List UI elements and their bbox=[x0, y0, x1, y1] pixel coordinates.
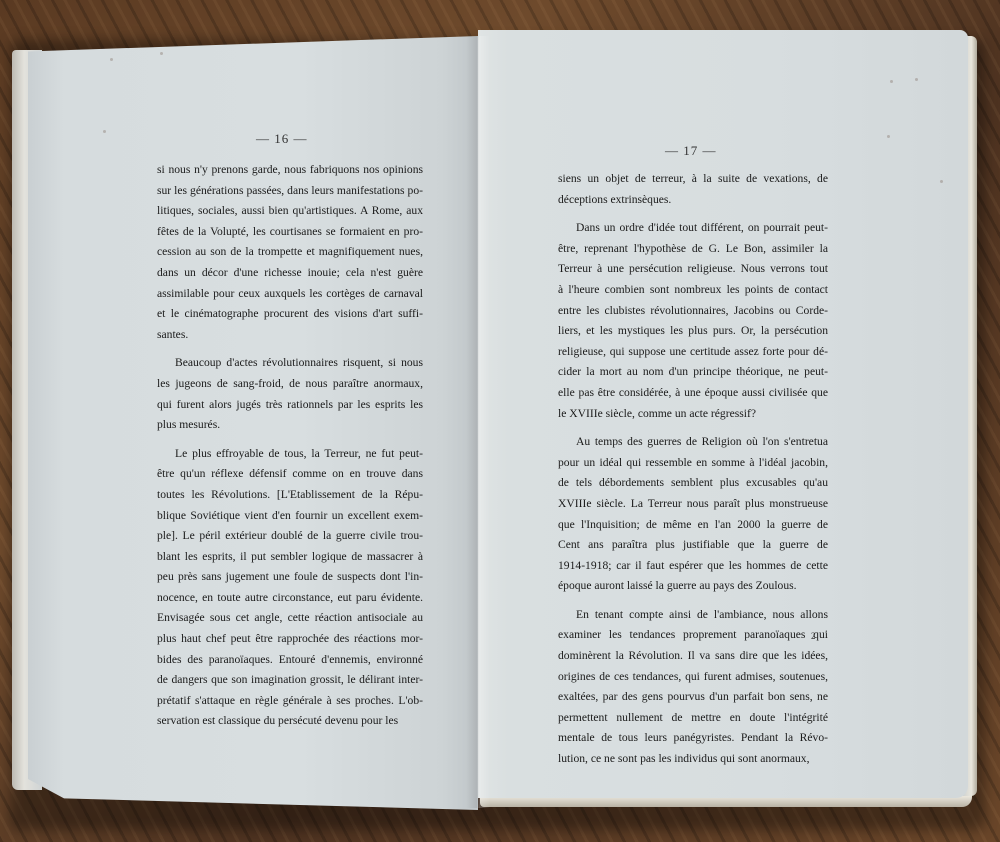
text-line: dominèrent la Révolution. Il va sans dir… bbox=[558, 646, 828, 667]
text-line: pour un idéal qui ressemble en somme à l… bbox=[558, 453, 828, 474]
paper-speck bbox=[110, 58, 113, 61]
text-line: permettent nullement de mettre en doute … bbox=[558, 708, 828, 729]
text-line: plus mesurés. bbox=[157, 415, 423, 436]
paragraph-gap bbox=[157, 436, 423, 444]
right-page-body-text: siens un objet de terreur, à la suite de… bbox=[558, 169, 828, 770]
text-line: le XVIIIe siècle, comme un acte régressi… bbox=[558, 404, 828, 425]
text-line: Envisagée sous cet angle, cette réaction… bbox=[157, 608, 423, 629]
text-line: de dangers que son imagination grossit, … bbox=[157, 670, 423, 691]
text-line: ple]. Le péril extérieur doublé de la gu… bbox=[157, 526, 423, 547]
text-line: à l'heure combien sont nombreux les poin… bbox=[558, 280, 828, 301]
text-line: et le cinématographe procurent des visio… bbox=[157, 304, 423, 325]
text-line: Au temps des guerres de Religion où l'on… bbox=[558, 432, 828, 453]
paragraph-gap bbox=[558, 597, 828, 605]
text-line: Terreur à une persécution religieuse. No… bbox=[558, 259, 828, 280]
book-gutter bbox=[466, 36, 490, 808]
text-line: plus haut chef peut être rapprochée des … bbox=[157, 629, 423, 650]
text-line: Cent ans paraîtra plus justifiable que l… bbox=[558, 535, 828, 556]
text-line: époque auront laissé la guerre au pays d… bbox=[558, 576, 828, 597]
paragraph: Le plus effroyable de tous, la Terreur, … bbox=[157, 444, 423, 732]
text-line: bides des paranoïaques. Entouré d'ennemi… bbox=[157, 650, 423, 671]
text-line: cession au son de la trompette et magnif… bbox=[157, 242, 423, 263]
text-line: liers, et les mystiques les plus purs. O… bbox=[558, 321, 828, 342]
text-line: En tenant compte ainsi de l'ambiance, no… bbox=[558, 605, 828, 626]
text-line: déceptions extrinsèques. bbox=[558, 190, 828, 211]
text-line: qui furent alors jugés très rationnels p… bbox=[157, 395, 423, 416]
text-line: exaltées, par des gens pourvus d'un parf… bbox=[558, 687, 828, 708]
paragraph: si nous n'y prenons garde, nous fabriquo… bbox=[157, 160, 423, 345]
text-line: Le plus effroyable de tous, la Terreur, … bbox=[157, 444, 423, 465]
paper-speck bbox=[887, 135, 890, 138]
text-line: lution, ce ne sont pas les individus qui… bbox=[558, 749, 828, 770]
text-line: les jugeons de sang-froid, de nous paraî… bbox=[157, 374, 423, 395]
text-line: litiques, sociales, aussi bien qu'artist… bbox=[157, 201, 423, 222]
paragraph-gap bbox=[558, 424, 828, 432]
paper-speck bbox=[160, 52, 163, 55]
text-line: que l'Inquisition; de même en l'an 2000 … bbox=[558, 515, 828, 536]
paper-speck bbox=[890, 80, 893, 83]
text-line: être qu'un réflexe défensif comme on en … bbox=[157, 464, 423, 485]
text-line: siens un objet de terreur, à la suite de… bbox=[558, 169, 828, 190]
paragraph: Beaucoup d'actes révolutionnaires risque… bbox=[157, 353, 423, 435]
text-line: toutes les Révolutions. [L'Etablissement… bbox=[157, 485, 423, 506]
page-number-left: — 16 — bbox=[256, 131, 308, 147]
printer-signature-mark: 2 bbox=[811, 631, 816, 641]
text-line: blique Soviétique vient d'en fournir un … bbox=[157, 506, 423, 527]
text-line: dans un décor d'une richesse inouie; cel… bbox=[157, 263, 423, 284]
page-number-right: — 17 — bbox=[665, 143, 717, 159]
paragraph-gap bbox=[157, 345, 423, 353]
text-line: assimilable pour ceux auxquels les cortè… bbox=[157, 284, 423, 305]
text-line: santes. bbox=[157, 325, 423, 346]
paragraph: En tenant compte ainsi de l'ambiance, no… bbox=[558, 605, 828, 770]
paragraph: Au temps des guerres de Religion où l'on… bbox=[558, 432, 828, 597]
text-line: entre les clubistes révolutionnaires, Ja… bbox=[558, 301, 828, 322]
text-line: de tels débordements semblent plus excus… bbox=[558, 473, 828, 494]
text-line: religieuse, qui suppose une certitude as… bbox=[558, 342, 828, 363]
paper-speck bbox=[940, 180, 943, 183]
text-line: nocence, en toute autre circonstance, eu… bbox=[157, 588, 423, 609]
paper-speck bbox=[915, 78, 918, 81]
paragraph: Dans un ordre d'idée tout différent, on … bbox=[558, 218, 828, 424]
text-line: sur les générations passées, dans leurs … bbox=[157, 181, 423, 202]
text-line: origines de ces tendances, qui furent ad… bbox=[558, 667, 828, 688]
text-line: examiner les tendances proprement parano… bbox=[558, 625, 828, 646]
text-line: 1914-1918; car il faut espérer que les h… bbox=[558, 556, 828, 577]
text-line: Beaucoup d'actes révolutionnaires risque… bbox=[157, 353, 423, 374]
text-line: si nous n'y prenons garde, nous fabriquo… bbox=[157, 160, 423, 181]
text-line: blant les esprits, il put sembler logiqu… bbox=[157, 547, 423, 568]
paragraph: siens un objet de terreur, à la suite de… bbox=[558, 169, 828, 210]
text-line: peu près sans jugement une foule de susp… bbox=[157, 567, 423, 588]
text-line: mentale de tous leurs panégyristes. Pend… bbox=[558, 728, 828, 749]
left-page-body-text: si nous n'y prenons garde, nous fabriquo… bbox=[157, 160, 423, 732]
text-line: Dans un ordre d'idée tout différent, on … bbox=[558, 218, 828, 239]
text-line: cider la mort au nom d'un principe théor… bbox=[558, 362, 828, 383]
text-line: elle pas être considérée, à une époque a… bbox=[558, 383, 828, 404]
paragraph-gap bbox=[558, 210, 828, 218]
text-line: prétatif s'attaque en règle générale à s… bbox=[157, 691, 423, 712]
text-line: XVIIIe siècle. La Terreur nous paraît pl… bbox=[558, 494, 828, 515]
text-line: servation est classique du persécuté dev… bbox=[157, 711, 423, 732]
text-line: être, reprenant l'hypothèse de G. Le Bon… bbox=[558, 239, 828, 260]
text-line: fêtes de la Volupté, les courtisanes se … bbox=[157, 222, 423, 243]
paper-speck bbox=[103, 130, 106, 133]
